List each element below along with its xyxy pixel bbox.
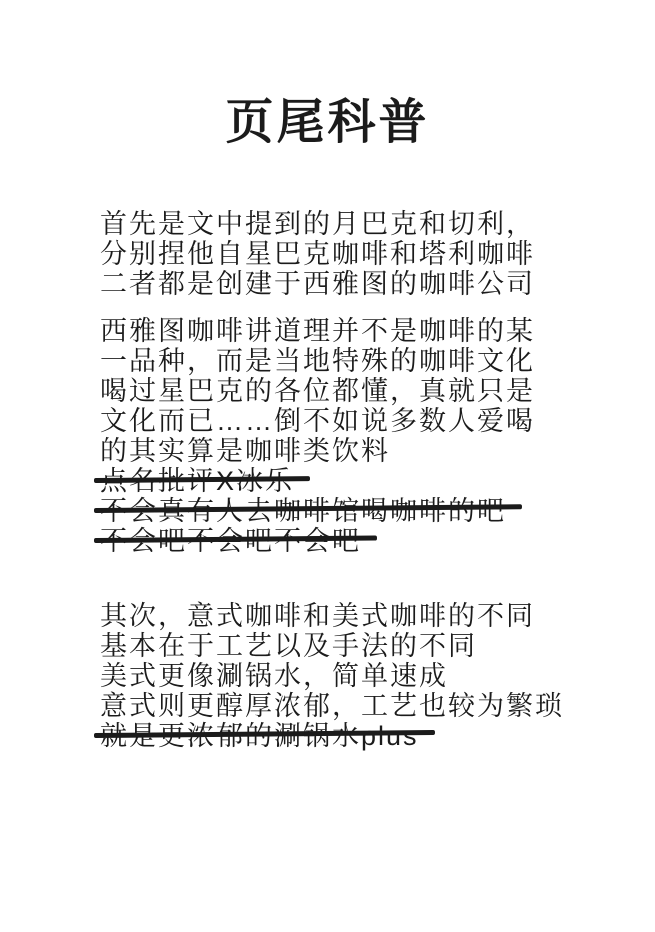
text-line: 西雅图咖啡讲道理并不是咖啡的某 [100,316,535,346]
text-line: 喝过星巴克的各位都懂，真就只是 [100,376,535,406]
text-line: 分别捏他自星巴克咖啡和塔利咖啡 [100,239,535,269]
text-line: 基本在于工艺以及手法的不同 [100,631,564,661]
text-line: 首先是文中提到的月巴克和切利， [100,209,535,239]
text-line: 二者都是创建于西雅图的咖啡公司 [100,269,535,299]
struck-text-line: 就是更浓郁的涮锅水plus [100,721,564,751]
footer-trivia-page: 页尾科普 首先是文中提到的月巴克和切利， 分别捏他自星巴克咖啡和塔利咖啡 二者都… [0,0,655,932]
struck-text-line: 不会吧不会吧不会吧 [100,526,535,556]
text-line: 意式则更醇厚浓郁，工艺也较为繁琐 [100,691,564,721]
text-line: 其次，意式咖啡和美式咖啡的不同 [100,601,564,631]
struck-text-line: 点名批评X冰乐 [100,466,535,496]
text-line: 文化而已……倒不如说多数人爱喝 [100,406,535,436]
paragraph-origins: 首先是文中提到的月巴克和切利， 分别捏他自星巴克咖啡和塔利咖啡 二者都是创建于西… [100,209,535,299]
paragraph-seattle-coffee: 西雅图咖啡讲道理并不是咖啡的某 一品种，而是当地特殊的咖啡文化 喝过星巴克的各位… [100,316,535,556]
text-line: 美式更像涮锅水，简单速成 [100,661,564,691]
text-line: 一品种，而是当地特殊的咖啡文化 [100,346,535,376]
struck-text-line: 不会真有人去咖啡馆喝咖啡的吧 [100,496,535,526]
paragraph-espresso-vs-americano: 其次，意式咖啡和美式咖啡的不同 基本在于工艺以及手法的不同 美式更像涮锅水，简单… [100,601,564,751]
page-title: 页尾科普 [0,97,655,149]
text-line: 的其实算是咖啡类饮料 [100,436,535,466]
